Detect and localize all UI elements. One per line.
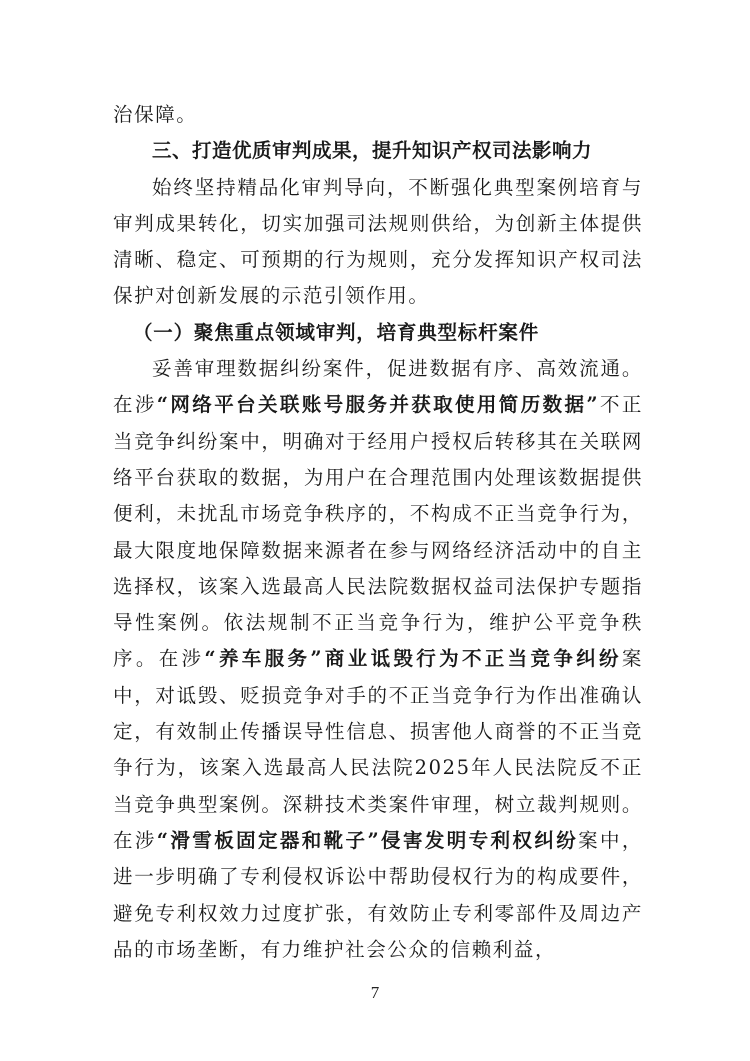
subsection-heading: （一）聚焦重点领域审判，培育典型标杆案件 [113,315,643,351]
case-name-car-service: “养车服务”商业诋毁行为不正当竞争纠纷 [204,647,622,670]
case-name-ski-binding: “滑雪板固定器和靴子”侵害发明专利权纠纷 [157,829,578,852]
body-paragraph: 妥善审理数据纠纷案件，促进数据有序、高效流通。在涉“网络平台关联账号服务并获取使… [113,351,643,968]
body-text: 案中，对诋毁、贬损竞争对手的不正当竞争行为作出准确认定，有效制止传播误导性信息、… [113,647,643,851]
body-text: 不正当竞争纠纷案中，明确对于经用户授权后转移其在关联网络平台获取的数据，为用户在… [113,393,643,670]
case-name-data-dispute: “网络平台关联账号服务并获取使用简历数据” [157,393,599,416]
document-page: 治保障。 三、打造优质审判成果，提升知识产权司法影响力 始终坚持精品化审判导向，… [113,97,643,968]
intro-paragraph: 始终坚持精品化审判导向，不断强化典型案例培育与审判成果转化，切实加强司法规则供给… [113,170,643,315]
lead-fragment: 治保障。 [113,97,643,133]
page-number: 7 [0,983,750,1003]
section-heading: 三、打造优质审判成果，提升知识产权司法影响力 [113,133,643,169]
